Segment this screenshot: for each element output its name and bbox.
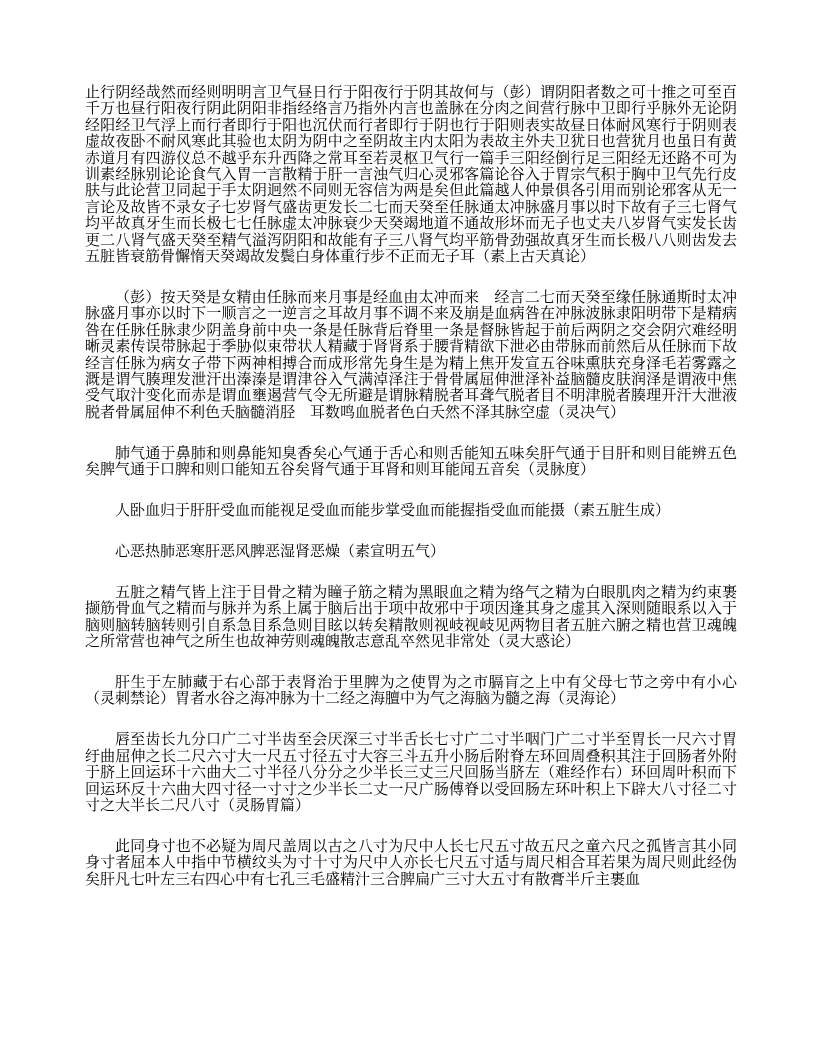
paragraph: 唇至齿长九分口广二寸半齿至会厌深三寸半舌长七寸广二寸半咽门广二寸半至胃长一尺六寸… bbox=[85, 731, 737, 813]
paragraph: 五脏之精气皆上注于目骨之精为瞳子筋之精为黑眼血之精为络气之精为白眼肌肉之精为约束… bbox=[85, 584, 737, 650]
paragraph: 人卧血归于肝肝受血而能视足受血而能步掌受血而能握指受血而能摄（素五脏生成） bbox=[85, 502, 737, 518]
paragraph: 肝生于左肺藏于右心部于表肾治于里脾为之使胃为之市膈肓之上中有父母七节之旁中有小心… bbox=[85, 674, 737, 707]
paragraph: 肺气通于鼻肺和则鼻能知臭香矣心气通于舌心和则舌能知五味矣肝气通于目肝和则目能辨五… bbox=[85, 445, 737, 478]
paragraph: 此同身寸也不必疑为周尺盖周以古之八寸为尺中人长七尺五寸故五尺之童六尺之孤皆言其小… bbox=[85, 838, 737, 887]
text-block: 止行阴经哉然而经则明明言卫气昼日行于阳夜行于阴其故何与（彭）谓阴阳者数之可十推之… bbox=[85, 84, 737, 887]
paragraph: （彭）按天癸是女精由任脉而来月事是经血由太冲而来 经言二七而天癸至缘任脉通斯时太… bbox=[85, 289, 737, 420]
document-page: 止行阴经哉然而经则明明言卫气昼日行于阳夜行于阴其故何与（彭）谓阴阳者数之可十推之… bbox=[0, 0, 816, 1056]
paragraph: 止行阴经哉然而经则明明言卫气昼日行于阳夜行于阴其故何与（彭）谓阴阳者数之可十推之… bbox=[85, 84, 737, 264]
paragraph: 心恶热肺恶寒肝恶风脾恶湿肾恶燥（素宣明五气） bbox=[85, 543, 737, 559]
